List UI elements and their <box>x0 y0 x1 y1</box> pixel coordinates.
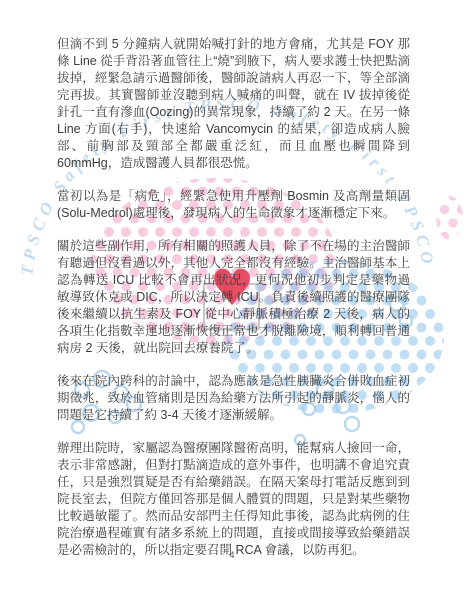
body-paragraph: 關於這些副作用，所有相關的照護人員，除了不在場的主治醫師有聽過但沒看過以外，其他… <box>57 238 410 357</box>
pink-polka-dots-satellite <box>436 196 463 240</box>
document-page: TPSCO Safety First TPSCO Safety First TP… <box>0 0 464 600</box>
body-paragraph: 當初以為是「病危」，經緊急使用升壓劑 Bosmin 及高劑量類固(Solu-Me… <box>57 188 410 222</box>
body-paragraph: 後來在院內跨科的討論中，認為應該是急性胰臟炎合併敗血症初期徵兆，致於血管痛則是因… <box>57 373 410 424</box>
page-number: 4 <box>0 550 464 560</box>
body-paragraph: 辦理出院時，家屬認為醫療團隊醫術高明，能幫病人撿回一命，表示非常感謝，但對打點滴… <box>57 440 410 559</box>
document-body: 但滴不到 5 分鐘病人就開始喊打針的地方會痛，尤其是 FOY 那條 Line 從… <box>57 36 410 575</box>
body-paragraph: 但滴不到 5 分鐘病人就開始喊打針的地方會痛，尤其是 FOY 那條 Line 從… <box>57 36 410 172</box>
